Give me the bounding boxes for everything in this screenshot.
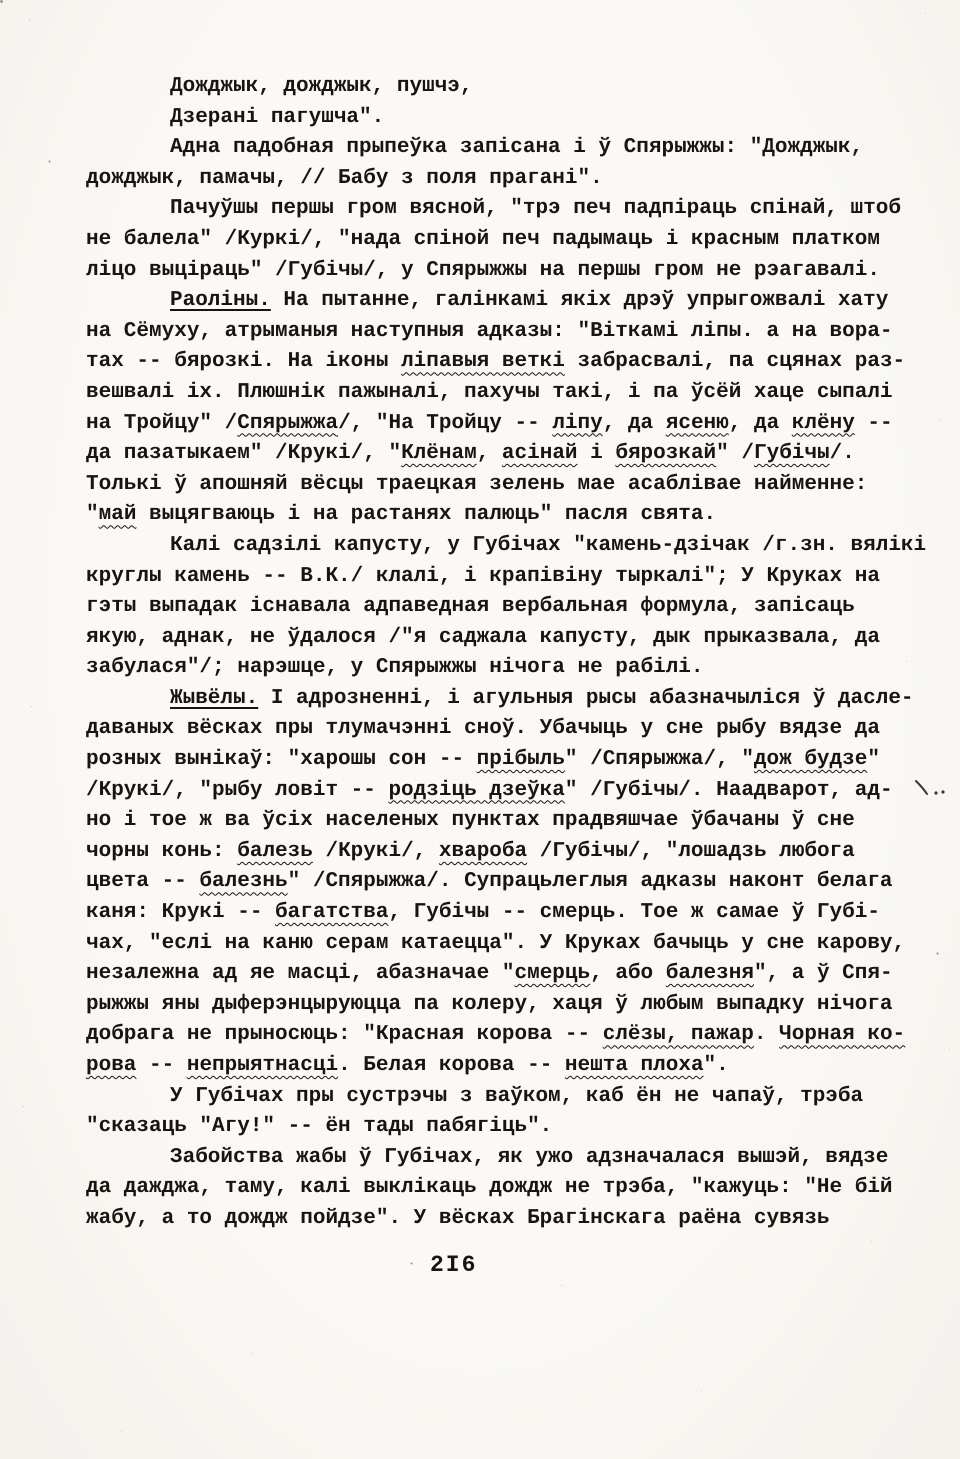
text-segment: " xyxy=(86,503,99,526)
text-line: Жывёлы. І адрозненні, і агульныя рысы аб… xyxy=(86,684,918,715)
text-segment: " / xyxy=(716,442,754,465)
underlined-term: ліпу xyxy=(552,412,602,435)
underlined-term: нешта плоха xyxy=(565,1054,704,1077)
text-segment: цвета -- xyxy=(86,870,199,893)
underlined-term: балезня xyxy=(666,962,754,985)
text-segment: Забойства жабы ў Губічах, як ужо адзнача… xyxy=(170,1146,888,1169)
underlined-term: Губічы xyxy=(754,442,830,465)
scan-noise-specks xyxy=(0,0,3,3)
text-segment: /Крукі/, xyxy=(313,840,439,863)
underlined-term: бярозкай xyxy=(615,442,716,465)
text-segment: чах, "еслі на каню серам катаецца". У Кр… xyxy=(86,932,905,955)
text-line: каня: Крукі -- багатства, Губічы -- смер… xyxy=(86,898,918,929)
text-segment: гэты выпадак існавала адпаведная вербаль… xyxy=(86,595,855,618)
text-line: У Губічах пры сустрэчы з ваўком, каб ён … xyxy=(86,1082,918,1113)
underlined-term: родзіць дзеўка xyxy=(388,779,564,802)
text-segment: но і тое ж ва ўсіх населеных пунктах пра… xyxy=(86,809,855,832)
text-line: ліцо выціраць" /Губічы/, у Спярыжжы на п… xyxy=(86,256,918,287)
text-segment: У Губічах пры сустрэчы з ваўком, каб ён … xyxy=(170,1085,863,1108)
page-number: 2I6 xyxy=(430,1252,477,1278)
text-line: Адна падобная прыпеўка запісана і ў Спяр… xyxy=(86,133,918,164)
text-line: незалежна ад яе масці, абазначае "смерць… xyxy=(86,959,918,990)
pen-mark-icon xyxy=(912,778,956,807)
text-segment: /Губічы/, "лошадзь любога xyxy=(527,840,855,863)
text-line: рова -- непрыятнасці. Белая корова -- не… xyxy=(86,1051,918,1082)
text-segment: /Крукі/, "рыбу ловіт -- xyxy=(86,779,388,802)
underlined-term: май xyxy=(99,503,137,526)
text-line: тах -- бярозкі. На іконы ліпавыя веткі з… xyxy=(86,347,918,378)
underlined-term: Спярыжжа xyxy=(237,412,338,435)
text-line: жабу, а то дождж пойдзе". У вёсках Брагі… xyxy=(86,1204,918,1235)
text-line: "сказаць "Агу!" -- ён тады пабягіць". xyxy=(86,1112,918,1143)
underlined-term: хвароба xyxy=(439,840,527,863)
text-segment: Дзерані пагушча". xyxy=(170,106,384,129)
underlined-term: ліпавыя веткі xyxy=(401,350,565,373)
text-segment: . Белая корова -- xyxy=(338,1054,565,1077)
text-segment: " /Губічы/. Наадварот, ад- xyxy=(565,779,893,802)
text-segment: даваных вёсках пры тлумачэнні сноў. Убач… xyxy=(86,717,880,740)
scanned-document-page: Дожджык, дожджык, пушчэ,Дзерані пагушча"… xyxy=(0,0,960,1459)
text-line: да дажджа, таму, калі выклікаць дождж не… xyxy=(86,1173,918,1204)
text-block: Дожджык, дожджык, пушчэ,Дзерані пагушча"… xyxy=(86,72,918,1235)
text-line: "май выцягваюць і на растанях палюць" па… xyxy=(86,500,918,531)
text-line: гэты выпадак існавала адпаведная вербаль… xyxy=(86,592,918,623)
text-segment: рыжжы яны дыферэнцыруюцца па колеру, хац… xyxy=(86,993,893,1016)
text-segment: Пачуўшы першы гром вясной, "трэ печ падп… xyxy=(170,197,901,220)
text-segment: каня: Крукі -- xyxy=(86,901,275,924)
text-segment: забрасвалі, па сцянах раз- xyxy=(565,350,905,373)
text-segment: да пазатыкаем" /Крукі/, " xyxy=(86,442,401,465)
text-line: вешвалі іх. Плюшнік пажыналі, пахучы так… xyxy=(86,378,918,409)
underlined-term: багатства xyxy=(275,901,388,924)
underlined-term: Жывёлы. xyxy=(170,687,258,710)
underlined-term: Клёнам xyxy=(401,442,477,465)
text-line: круглы камень -- В.К./ клалі, і крапівін… xyxy=(86,562,918,593)
text-line: дожджык, памачы, // Бабу з поля прагані"… xyxy=(86,164,918,195)
text-line: не балела" /Куркі/, "нада спіной печ пад… xyxy=(86,225,918,256)
underlined-term: балезнь xyxy=(199,870,287,893)
text-segment: ". xyxy=(704,1054,729,1077)
text-segment: круглы камень -- В.К./ клалі, і крапівін… xyxy=(86,565,880,588)
text-segment: да дажджа, таму, калі выклікаць дождж не… xyxy=(86,1176,893,1199)
text-segment: незалежна ад яе масці, абазначае " xyxy=(86,962,514,985)
text-segment: чорны конь: xyxy=(86,840,237,863)
text-segment: Дожджык, дожджык, пушчэ, xyxy=(170,75,472,98)
text-segment: не балела" /Куркі/, "нада спіной печ пад… xyxy=(86,228,880,251)
text-segment: " /Спярыжжа/, " xyxy=(565,748,754,771)
text-segment: добрага не прыносюць: "Красная корова -- xyxy=(86,1023,603,1046)
text-line: Дзерані пагушча". xyxy=(86,103,918,134)
underlined-term: рова xyxy=(86,1054,136,1077)
text-segment: Адна падобная прыпеўка запісана і ў Спяр… xyxy=(170,136,863,159)
text-segment: " /Спярыжжа/. Супрацьлеглыя адказы након… xyxy=(288,870,893,893)
text-segment: выцягваюць і на растанях палюць" пасля с… xyxy=(136,503,716,526)
text-segment: . xyxy=(754,1023,779,1046)
text-segment: забулася"/; нарэшце, у Спярыжжы нічога н… xyxy=(86,656,704,679)
underlined-term: прібыль xyxy=(477,748,565,771)
text-segment: /, "На Тройцу -- xyxy=(338,412,552,435)
text-line: на Тройцу" /Спярыжжа/, "На Тройцу -- ліп… xyxy=(86,409,918,440)
text-segment: , да xyxy=(603,412,666,435)
text-line: Дожджык, дожджык, пушчэ, xyxy=(86,72,918,103)
text-segment: на Тройцу" / xyxy=(86,412,237,435)
underlined-term: дож будзе xyxy=(754,748,867,771)
text-line: даваных вёсках пры тлумачэнні сноў. Убач… xyxy=(86,714,918,745)
text-segment: , або xyxy=(590,962,666,985)
text-segment: тах -- бярозкі. На іконы xyxy=(86,350,401,373)
underlined-term: Раоліны. xyxy=(170,289,271,312)
text-line: чорны конь: балезь /Крукі/, хвароба /Губ… xyxy=(86,837,918,868)
text-segment: "сказаць "Агу!" -- ён тады пабягіць". xyxy=(86,1115,552,1138)
text-segment: і xyxy=(578,442,616,465)
underlined-term: клёну xyxy=(792,412,855,435)
text-line: Калі садзілі капусту, у Губічах "камень-… xyxy=(86,531,918,562)
text-segment: , xyxy=(477,442,502,465)
text-segment: ", а ў Спя- xyxy=(754,962,893,985)
text-line: да пазатыкаем" /Крукі/, "Клёнам, асінай … xyxy=(86,439,918,470)
text-segment: розных вынікаў: "харошы сон -- xyxy=(86,748,477,771)
text-segment: Толькі ў апошняй вёсцы траецкая зелень м… xyxy=(86,473,867,496)
text-segment: Калі садзілі капусту, у Губічах "камень-… xyxy=(170,534,926,557)
text-line: розных вынікаў: "харошы сон -- прібыль" … xyxy=(86,745,918,776)
text-line: забулася"/; нарэшце, у Спярыжжы нічога н… xyxy=(86,653,918,684)
text-segment: І адрозненні, і агульныя рысы абазначылі… xyxy=(258,687,913,710)
underlined-term: непрыятнасці xyxy=(187,1054,338,1077)
text-segment: вешвалі іх. Плюшнік пажыналі, пахучы так… xyxy=(86,381,893,404)
text-segment: на Сёмуху, атрыманыя наступныя адказы: "… xyxy=(86,320,893,343)
text-line: чах, "еслі на каню серам катаецца". У Кр… xyxy=(86,929,918,960)
text-segment: " xyxy=(867,748,880,771)
underlined-term: балезь xyxy=(237,840,313,863)
underlined-term: смерць xyxy=(514,962,590,985)
underlined-term: Чорная ко- xyxy=(779,1023,905,1046)
text-segment: ліцо выціраць" /Губічы/, у Спярыжжы на п… xyxy=(86,259,880,282)
text-segment: -- xyxy=(136,1054,186,1077)
underlined-term: слёзы, пажар xyxy=(603,1023,754,1046)
text-segment: /. xyxy=(830,442,855,465)
text-line: Раоліны. На пытанне, галінкамі якіх дрэў… xyxy=(86,286,918,317)
text-line: якую, аднак, не ўдалося /"я саджала капу… xyxy=(86,623,918,654)
text-segment: На пытанне, галінкамі якіх дрэў упрыгожв… xyxy=(271,289,889,312)
text-segment: , Губічы -- смерць. Тое ж самае ў Губі- xyxy=(388,901,879,924)
text-segment: жабу, а то дождж пойдзе". У вёсках Брагі… xyxy=(86,1207,830,1230)
text-line: цвета -- балезнь" /Спярыжжа/. Супрацьлег… xyxy=(86,867,918,898)
text-line: добрага не прыносюць: "Красная корова --… xyxy=(86,1020,918,1051)
text-line: рыжжы яны дыферэнцыруюцца па колеру, хац… xyxy=(86,990,918,1021)
text-line: Пачуўшы першы гром вясной, "трэ печ падп… xyxy=(86,194,918,225)
text-line: Забойства жабы ў Губічах, як ужо адзнача… xyxy=(86,1143,918,1174)
text-line: но і тое ж ва ўсіх населеных пунктах пра… xyxy=(86,806,918,837)
text-line: на Сёмуху, атрыманыя наступныя адказы: "… xyxy=(86,317,918,348)
text-line: Толькі ў апошняй вёсцы траецкая зелень м… xyxy=(86,470,918,501)
underlined-term: ясеню xyxy=(666,412,729,435)
underlined-term: асінай xyxy=(502,442,578,465)
text-segment: , да xyxy=(729,412,792,435)
text-segment: дожджык, памачы, // Бабу з поля прагані"… xyxy=(86,167,603,190)
text-segment: якую, аднак, не ўдалося /"я саджала капу… xyxy=(86,626,880,649)
text-segment: -- xyxy=(855,412,893,435)
text-line: /Крукі/, "рыбу ловіт -- родзіць дзеўка" … xyxy=(86,776,918,807)
